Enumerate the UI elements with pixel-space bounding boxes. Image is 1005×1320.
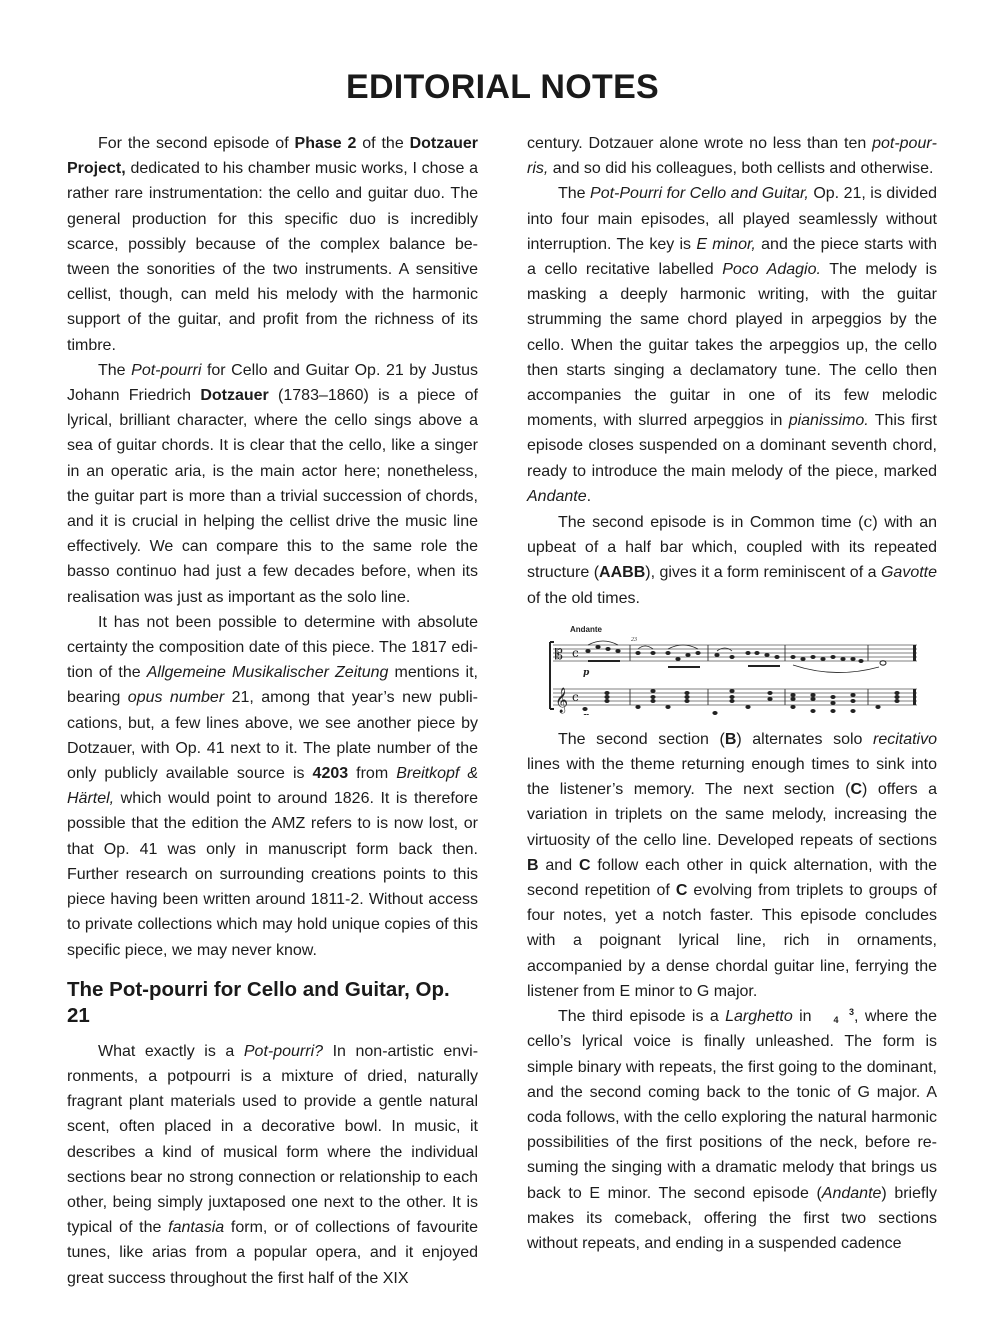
- page-title: EDITORIAL NOTES: [0, 68, 1005, 107]
- music-score-excerpt: Andante 23 𝄡 �: [545, 623, 935, 713]
- svg-text:23: 23: [631, 637, 637, 643]
- svg-text:c: c: [572, 690, 579, 704]
- paragraph-third-episode: The third episode is a Larghetto in 34, …: [527, 1004, 937, 1256]
- paragraph-dating: It has not been possible to determine wi…: [67, 610, 478, 963]
- paragraph-second-section: The second section (B) alternates solo r…: [527, 727, 937, 1004]
- svg-text:Andante: Andante: [570, 625, 603, 634]
- left-column: For the second episode of Phase 2 of the…: [67, 131, 478, 1291]
- svg-text:c: c: [572, 646, 579, 660]
- paragraph-second-episode: The second episode is in Common time (c)…: [527, 509, 937, 611]
- section-heading: The Pot-pourri for Cello and Guitar, Op.…: [67, 977, 478, 1029]
- score-staves-icon: Andante 23 𝄡 �: [545, 623, 935, 715]
- svg-text:p: p: [583, 668, 590, 678]
- svg-text:𝄡: 𝄡: [555, 647, 563, 663]
- paragraph-continuation: century. Dotzauer alone wrote no less th…: [527, 131, 937, 181]
- bold-plate-number: 4203: [313, 765, 349, 782]
- paragraph-what-is-potpourri: What exactly is a Pot-pourri? In non-art…: [67, 1039, 478, 1291]
- paragraph-episodes: The Pot-Pourri for Cello and Guitar, Op.…: [527, 181, 937, 509]
- bold-dotzauer: Dotzauer: [200, 387, 268, 404]
- time-signature-3-4: 34: [818, 1008, 854, 1024]
- svg-text:p: p: [583, 712, 590, 715]
- paragraph-intro: For the second episode of Phase 2 of the…: [67, 131, 478, 358]
- right-column: century. Dotzauer alone wrote no less th…: [527, 131, 937, 1256]
- svg-text:𝄞: 𝄞: [555, 687, 568, 713]
- bold-phase-2: Phase 2: [295, 135, 357, 152]
- paragraph-description: The Pot-pourri for Cello and Guitar Op. …: [67, 358, 478, 610]
